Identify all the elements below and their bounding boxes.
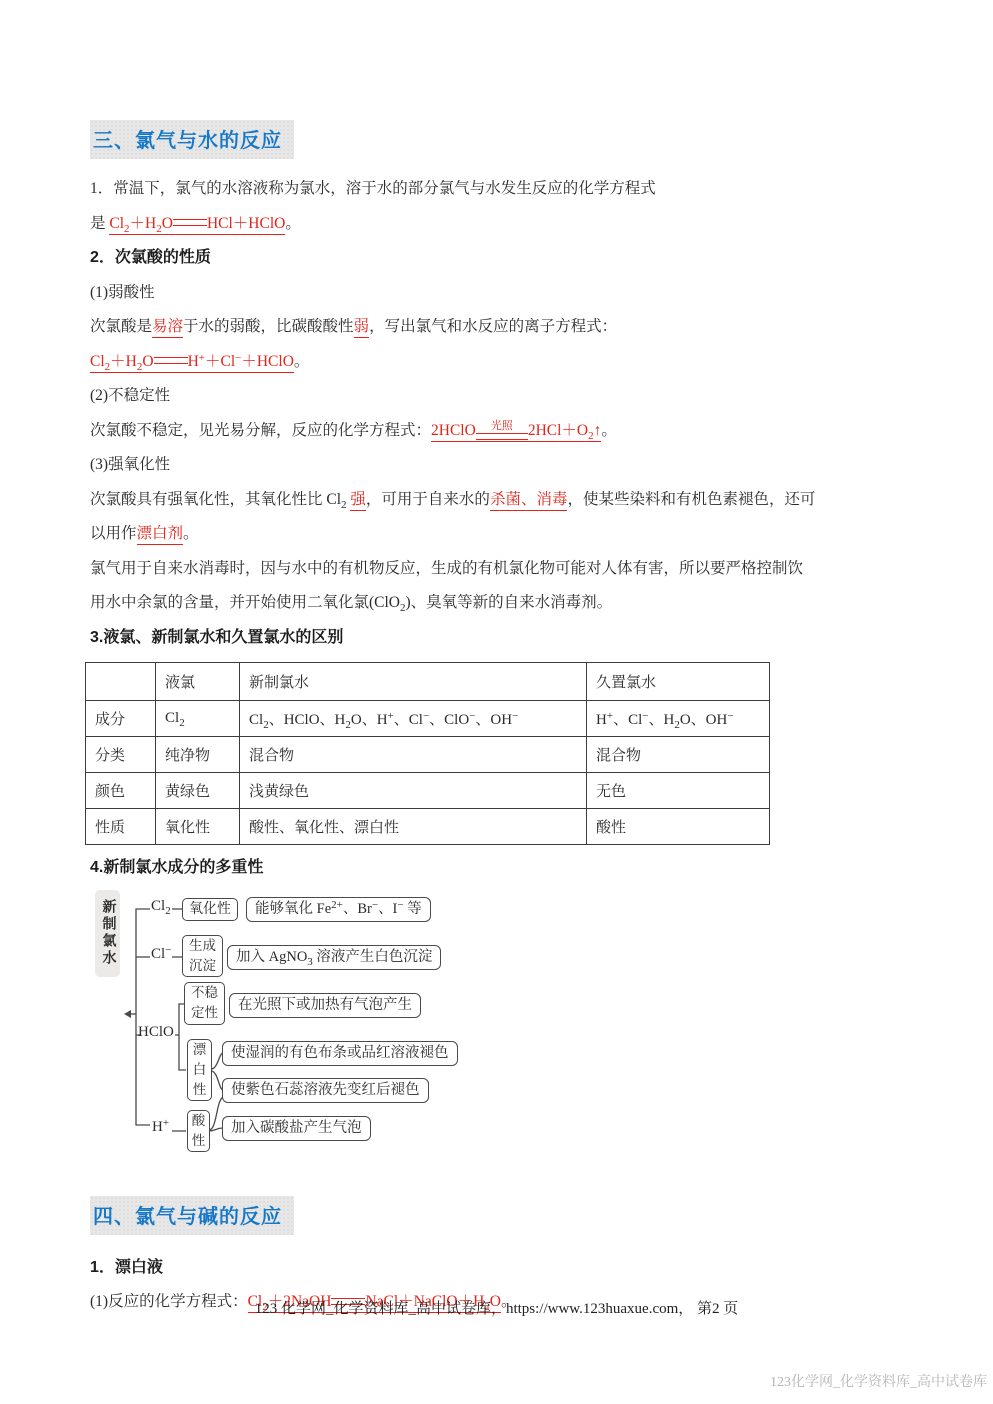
table-row: 分类纯净物混合物混合物	[86, 737, 770, 773]
table-cell: 成分	[86, 701, 156, 737]
table-cell: 性质	[86, 809, 156, 845]
text-line: (2)不稳定性	[90, 379, 910, 414]
diagram-ion-cl-minus: Cl−	[151, 946, 171, 963]
diagram-property-acidic: 酸性	[187, 1110, 210, 1152]
text-line: 次氯酸不稳定，见光易分解，反应的化学方程式：2HClO光照2HCl＋O2↑。	[90, 414, 910, 449]
comparison-table-body: 液氯新制氯水久置氯水成分Cl2Cl2、HClO、H2O、H+、Cl−、ClO−、…	[86, 663, 770, 845]
text-line: 1．漂白液	[90, 1251, 910, 1286]
table-cell: 浅黄绿色	[240, 773, 587, 809]
table-row: 成分Cl2Cl2、HClO、H2O、H+、Cl−、ClO−、OH−H+、Cl−、…	[86, 701, 770, 737]
arrow-into-root	[124, 1010, 131, 1018]
text-line: (3)强氧化性	[90, 448, 910, 483]
text-line: 用水中余氯的含量，并开始使用二氧化氯(ClO2)、臭氧等新的自来水消毒剂。	[90, 586, 910, 621]
table-cell	[86, 663, 156, 701]
comparison-table: 液氯新制氯水久置氯水成分Cl2Cl2、HClO、H2O、H+、Cl−、ClO−、…	[85, 662, 770, 845]
text-line: Cl2＋H2OH+＋Cl−＋HClO。	[90, 345, 910, 380]
diagram-result-carbonate: 加入碳酸盐产生气泡	[222, 1116, 371, 1141]
table-row: 液氯新制氯水久置氯水	[86, 663, 770, 701]
table-cell: 黄绿色	[156, 773, 240, 809]
table-cell: Cl2	[156, 701, 240, 737]
diagram-result-light: 在光照下或加热有气泡产生	[229, 993, 421, 1018]
section4-heading: 四、氯气与碱的反应	[90, 1196, 294, 1235]
watermark: 123化学网_化学资料库_高中试卷库	[770, 1371, 987, 1391]
diagram-ion-hclo: HClO	[138, 1024, 174, 1041]
text-line: 1．常温下，氯气的水溶液称为氯水，溶于水的部分氯气与水发生反应的化学方程式	[90, 172, 910, 207]
diagram-property-bleaching: 漂白性	[187, 1039, 212, 1101]
subtitle-4: 4.新制氯水成分的多重性	[90, 851, 910, 886]
diagram-result-litmus: 使紫色石蕊溶液先变红后褪色	[222, 1078, 429, 1103]
section3-heading: 三、氯气与水的反应	[90, 120, 294, 159]
table-cell: 分类	[86, 737, 156, 773]
table-cell: H+、Cl−、H2O、OH−	[587, 701, 770, 737]
table-cell: 无色	[587, 773, 770, 809]
diagram-result-agno3: 加入 AgNO3 溶液产生白色沉淀	[227, 945, 441, 970]
page-footer: 123 化学网_化学资料库_高中试卷库，https://www.123huaxu…	[0, 1297, 993, 1318]
table-cell: 久置氯水	[587, 663, 770, 701]
table-cell: 纯净物	[156, 737, 240, 773]
table-cell: 混合物	[587, 737, 770, 773]
diagram-property-precipitate: 生成沉淀	[182, 935, 223, 977]
document-page: 三、氯气与水的反应 1．常温下，氯气的水溶液称为氯水，溶于水的部分氯气与水发生反…	[0, 0, 993, 1404]
text-line: 2．次氯酸的性质	[90, 241, 910, 276]
document-content: 三、氯气与水的反应 1．常温下，氯气的水溶液称为氯水，溶于水的部分氯气与水发生反…	[90, 120, 910, 1320]
table-cell: 氧化性	[156, 809, 240, 845]
table-cell: 混合物	[240, 737, 587, 773]
diagram-ion-h-plus: H+	[152, 1119, 169, 1136]
diagram-result-cloth: 使湿润的有色布条或品红溶液褪色	[222, 1041, 458, 1066]
table-cell: 颜色	[86, 773, 156, 809]
chlorine-water-diagram: 新制氯水 Cl2 Cl− HClO H+ 氧化性 生成沉淀 不稳定性 漂白性 酸…	[95, 890, 535, 1166]
table-row: 颜色黄绿色浅黄绿色无色	[86, 773, 770, 809]
diagram-property-unstable: 不稳定性	[184, 982, 225, 1025]
text-line: 以用作漂白剂。	[90, 517, 910, 552]
table-cell: Cl2、HClO、H2O、H+、Cl−、ClO−、OH−	[240, 701, 587, 737]
table-cell: 液氯	[156, 663, 240, 701]
table-row: 性质氧化性酸性、氧化性、漂白性酸性	[86, 809, 770, 845]
text-line: 氯气用于自来水消毒时，因与水中的有机物反应，生成的有机氯化物可能对人体有害，所以…	[90, 552, 910, 587]
equation-equals	[154, 357, 188, 364]
diagram-result-oxidize: 能够氧化 Fe2+、Br−、I− 等	[246, 897, 431, 922]
equation-equals	[173, 219, 207, 226]
table-cell: 酸性	[587, 809, 770, 845]
diagram-property-oxidizing: 氧化性	[182, 898, 238, 921]
diagram-ion-cl2: Cl2	[151, 898, 171, 915]
text-line: 次氯酸具有强氧化性，其氧化性比 Cl2 强，可用于自来水的杀菌、消毒，使某些染料…	[90, 483, 910, 518]
text-line: 次氯酸是易溶于水的弱酸，比碳酸酸性弱，写出氯气和水反应的离子方程式：	[90, 310, 910, 345]
text-line: (1)弱酸性	[90, 276, 910, 311]
table-cell: 酸性、氧化性、漂白性	[240, 809, 587, 845]
text-line: 3.液氯、新制氯水和久置氯水的区别	[90, 621, 910, 656]
equation-equals-labeled: 光照	[476, 420, 528, 440]
section3-paragraphs: 1．常温下，氯气的水溶液称为氯水，溶于水的部分氯气与水发生反应的化学方程式是 C…	[90, 172, 910, 655]
text-line: 是 Cl2＋H2OHCl＋HClO。	[90, 207, 910, 242]
table-cell: 新制氯水	[240, 663, 587, 701]
